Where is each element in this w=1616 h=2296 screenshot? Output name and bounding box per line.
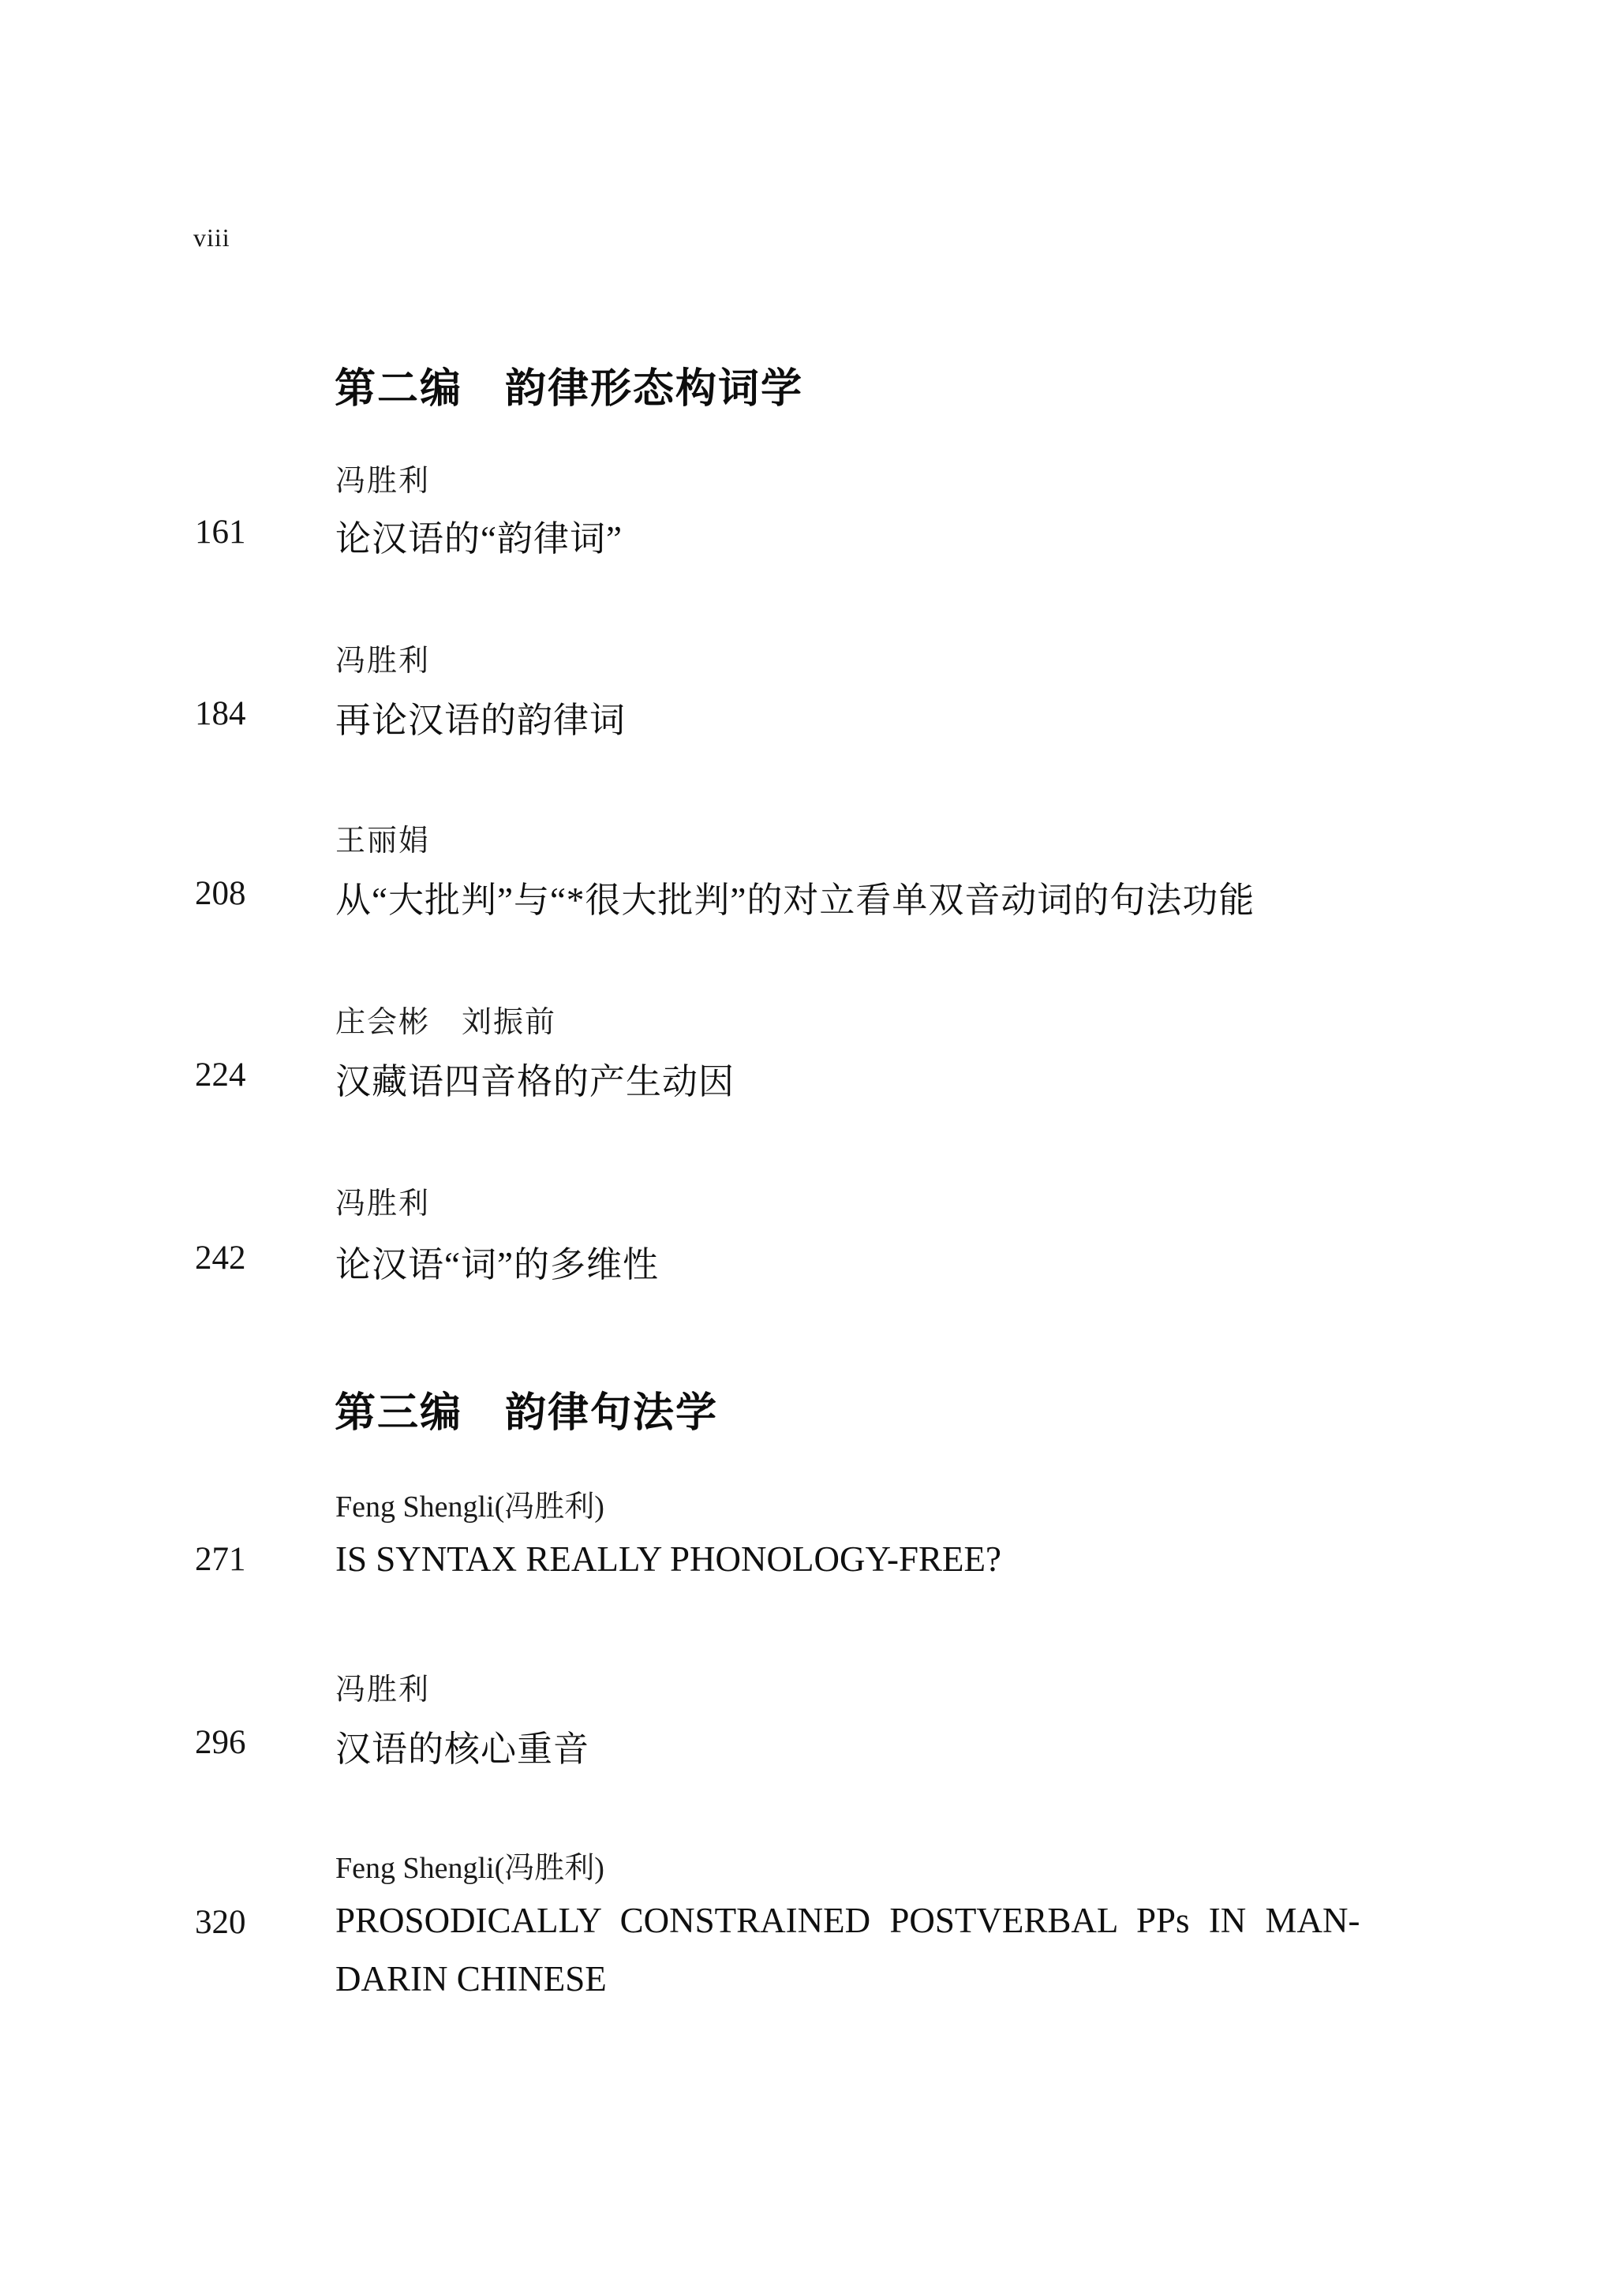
entry-author: Feng Shengli(冯胜利) [335,1843,604,1887]
entry-page-number: 271 [195,1540,246,1579]
entry-title-line-1: PROSODICALLY CONSTRAINED POSTVERBAL PPs … [335,1900,1360,1941]
entry-page-number: 184 [195,694,246,733]
entry-author: 冯胜利 [335,1179,430,1222]
entry-author: 冯胜利 [335,636,430,679]
entry-page-number: 224 [195,1056,246,1094]
entry-page-number: 208 [195,874,246,913]
section-heading-2: 第二编 韵律形态构词学 [335,355,803,414]
entry-page-number: 296 [195,1723,246,1762]
entry-author: 冯胜利 [335,456,430,499]
entry-page-number: 161 [195,513,246,552]
entry-title: 汉藏语四音格的产生动因 [335,1053,735,1104]
entry-title: IS SYNTAX REALLY PHONOLOGY-FREE? [335,1539,1001,1580]
entry-title: 再论汉语的韵律词 [335,691,626,742]
entry-author: 王丽娟 [335,816,430,859]
entry-title: 论汉语“词”的多维性 [335,1236,659,1287]
entry-author: 庄会彬 刘振前 [335,997,556,1041]
entry-author: Feng Shengli(冯胜利) [335,1482,604,1525]
entry-title: 论汉语的“韵律词” [335,510,623,561]
entry-page-number: 242 [195,1239,246,1277]
section-heading-3: 第三编 韵律句法学 [335,1379,718,1438]
toc-page: viii 第二编 韵律形态构词学 冯胜利 161 论汉语的“韵律词” 冯胜利 1… [0,0,1616,2296]
entry-author: 冯胜利 [335,1665,430,1708]
entry-page-number: 320 [195,1903,246,1942]
entry-title: 汉语的核心重音 [335,1720,589,1771]
entry-title-line-2: DARIN CHINESE [335,1958,607,1999]
entry-title: 从“大批判”与“*很大批判”的对立看单双音动词的句法功能 [335,871,1255,922]
page-folio: viii [193,223,230,252]
